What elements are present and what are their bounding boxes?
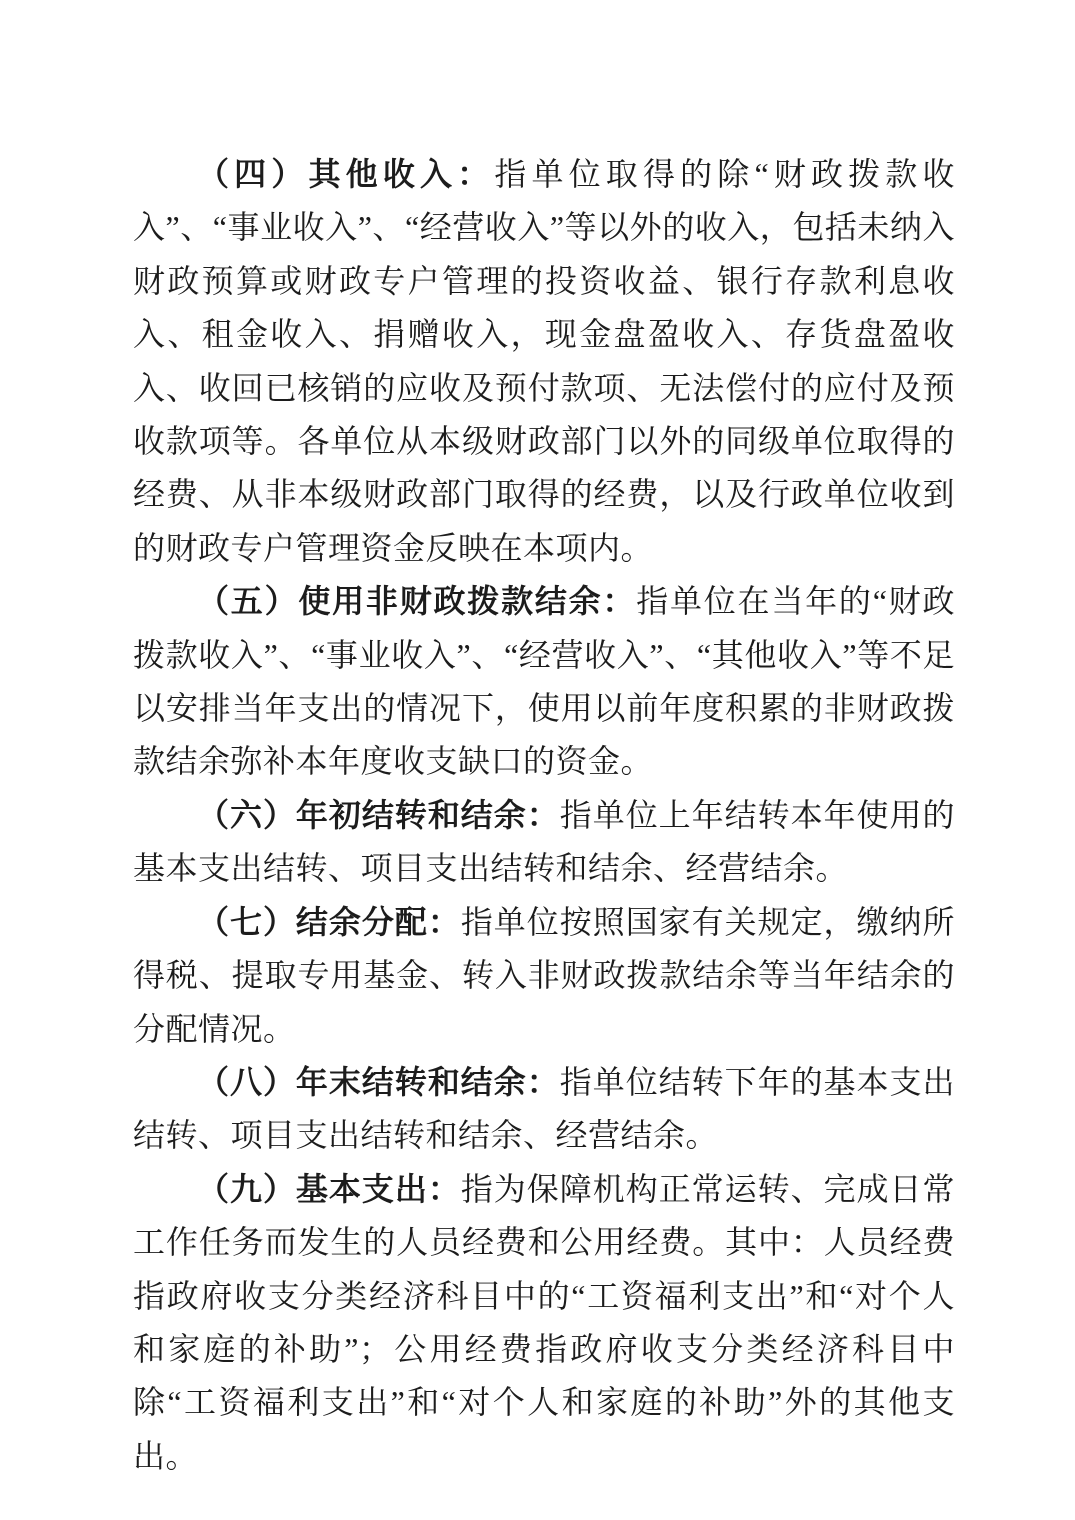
paragraph-heading: （九）基本支出：: [197, 1171, 461, 1207]
document-body: （四）其他收入：指单位取得的除“财政拨款收入”、“事业收入”、“经营收入”等以外…: [133, 148, 955, 1483]
paragraph-text: 指单位取得的除“财政拨款收入”、“事业收入”、“经营收入”等以外的收入，包括未纳…: [133, 156, 955, 566]
paragraph-heading: （六）年初结转和结余：: [197, 797, 560, 833]
paragraph-heading: （四）其他收入：: [197, 156, 494, 192]
paragraph-heading: （七）结余分配：: [197, 904, 461, 940]
paragraph-text: 指为保障机构正常运转、完成日常工作任务而发生的人员经费和公用经费。其中：人员经费…: [133, 1171, 955, 1474]
paragraph-item-7-surplus-distribution: （七）结余分配：指单位按照国家有关规定，缴纳所得税、提取专用基金、转入非财政拨款…: [133, 896, 955, 1056]
paragraph-item-6-year-begin-carryover: （六）年初结转和结余：指单位上年结转本年使用的基本支出结转、项目支出结转和结余、…: [133, 789, 955, 896]
paragraph-heading: （五）使用非财政拨款结余：: [197, 583, 636, 619]
document-page: （四）其他收入：指单位取得的除“财政拨款收入”、“事业收入”、“经营收入”等以外…: [0, 0, 1075, 1520]
paragraph-item-5-non-fiscal-surplus: （五）使用非财政拨款结余：指单位在当年的“财政拨款收入”、“事业收入”、“经营收…: [133, 575, 955, 789]
paragraph-item-4-other-income: （四）其他收入：指单位取得的除“财政拨款收入”、“事业收入”、“经营收入”等以外…: [133, 148, 955, 575]
paragraph-item-9-basic-expenditure: （九）基本支出：指为保障机构正常运转、完成日常工作任务而发生的人员经费和公用经费…: [133, 1163, 955, 1483]
paragraph-item-8-year-end-carryover: （八）年末结转和结余：指单位结转下年的基本支出结转、项目支出结转和结余、经营结余…: [133, 1056, 955, 1163]
paragraph-heading: （八）年末结转和结余：: [197, 1064, 560, 1100]
